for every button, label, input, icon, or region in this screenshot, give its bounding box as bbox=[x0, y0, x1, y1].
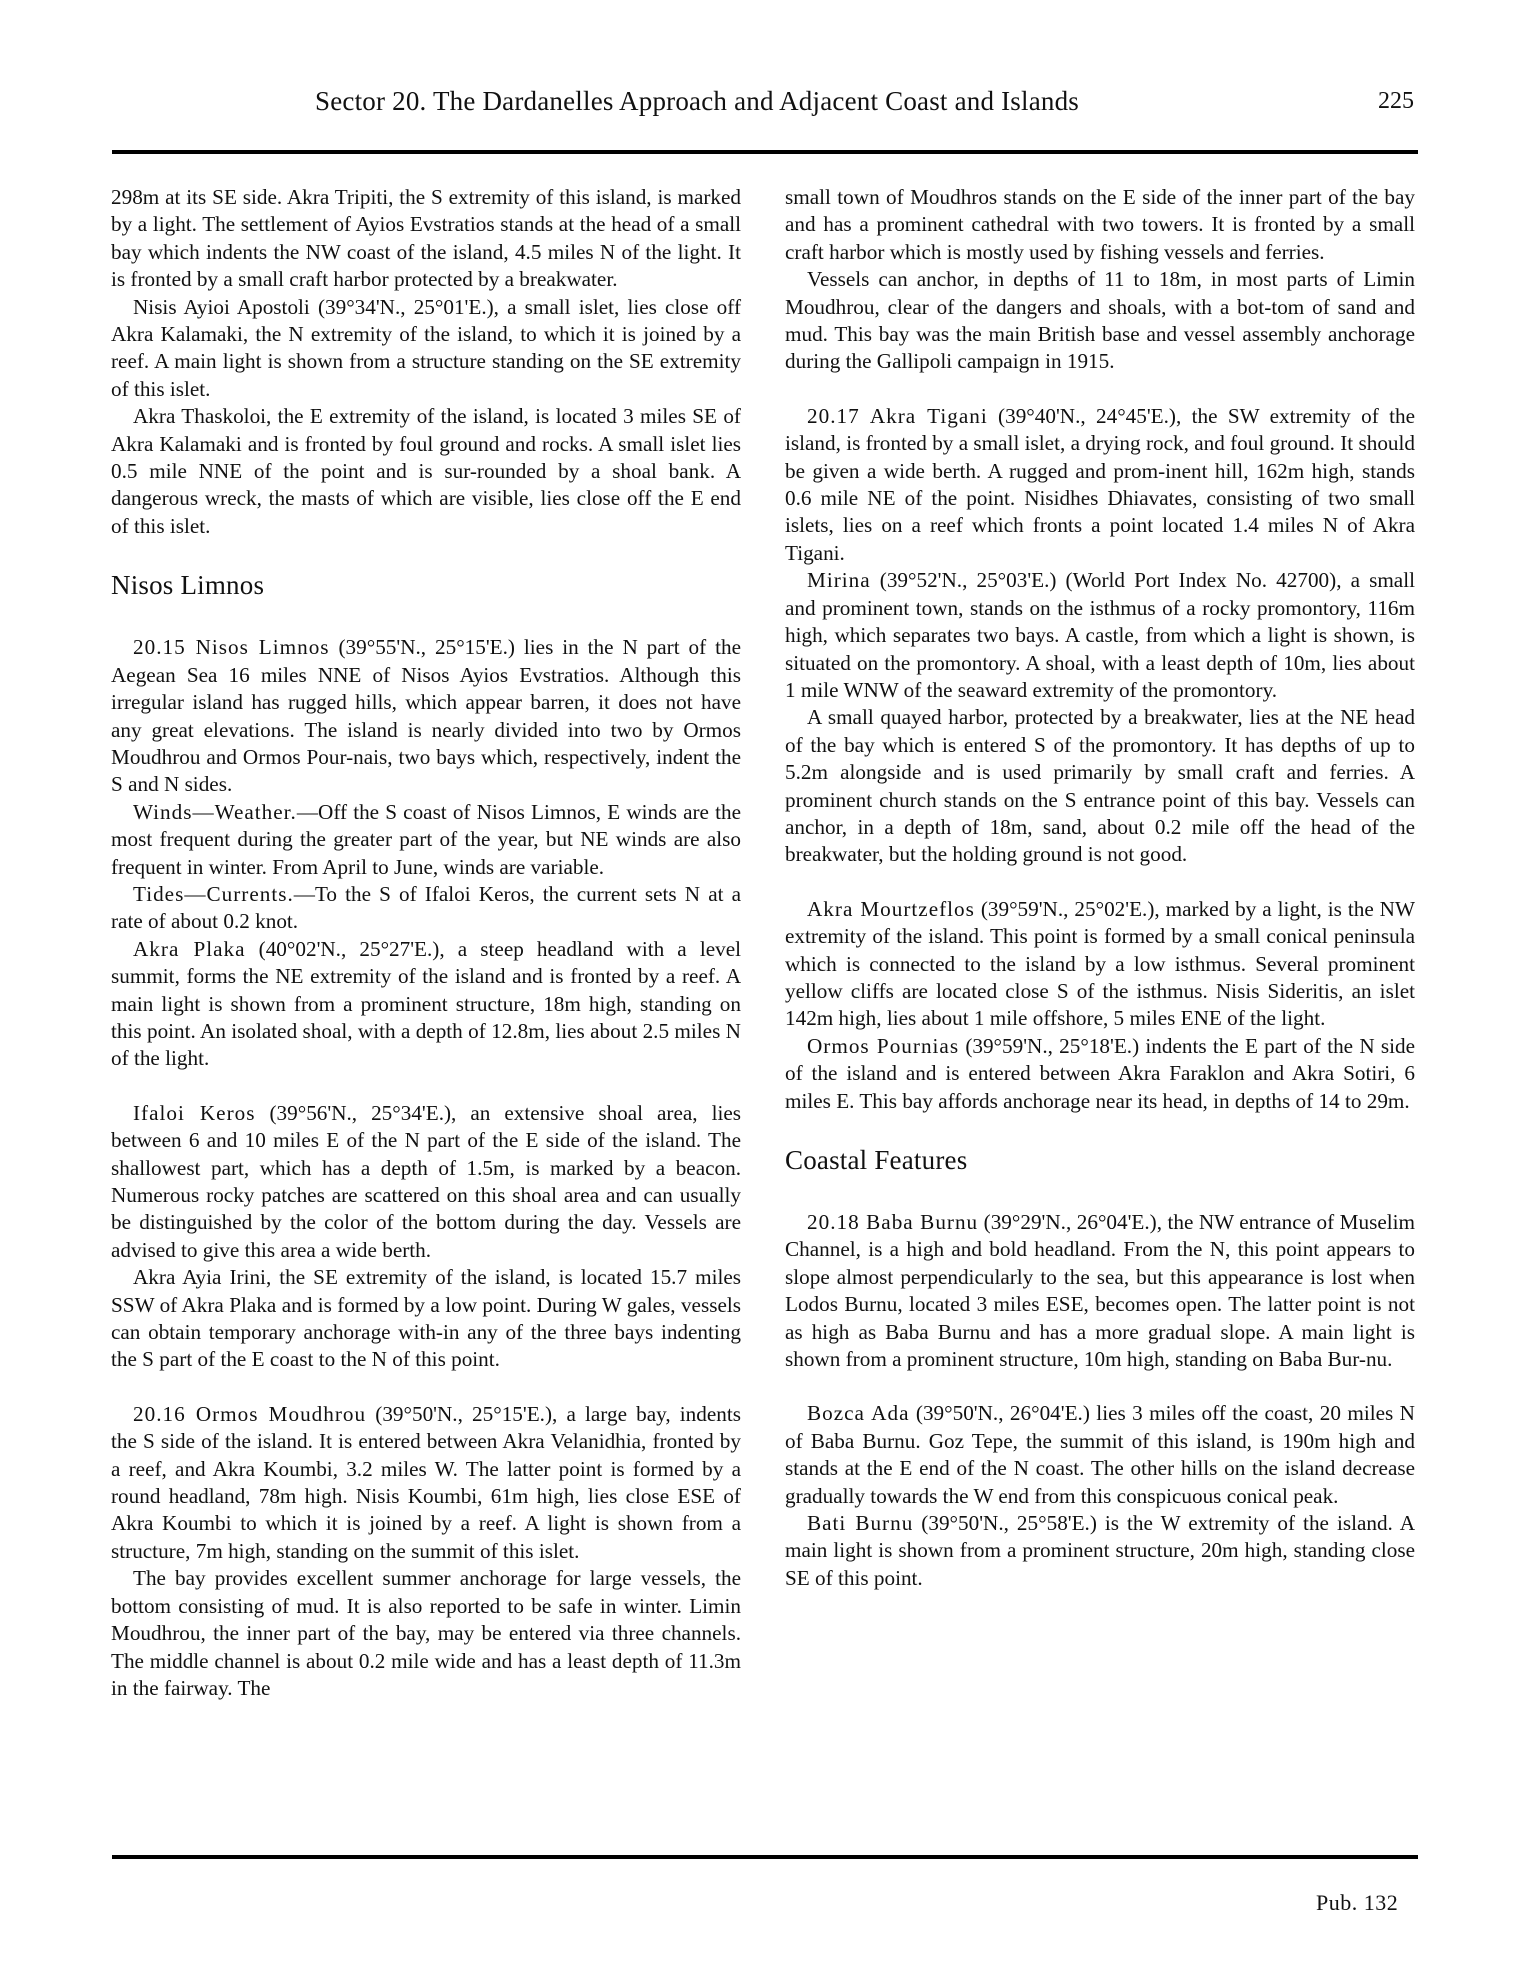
right-column: small town of Moudhros stands on the E s… bbox=[785, 184, 1415, 1592]
header-rule bbox=[112, 150, 1418, 154]
paragraph-lead: Akra Mourtzeflos bbox=[807, 897, 975, 921]
paragraph-tides-currents: Tides—Currents.—To the S of Ifaloi Keros… bbox=[111, 881, 741, 936]
paragraph-lead: Ormos Pournias bbox=[807, 1034, 959, 1058]
paragraph: A small quayed harbor, protected by a br… bbox=[785, 704, 1415, 868]
left-column: 298m at its SE side. Akra Tripiti, the S… bbox=[111, 184, 741, 1702]
paragraph-akra-mourtzeflos: Akra Mourtzeflos (39°59'N., 25°02'E.), m… bbox=[785, 896, 1415, 1033]
section-heading-nisos-limnos: Nisos Limnos bbox=[111, 570, 741, 600]
paragraph-lead: Winds—Weather. bbox=[133, 800, 297, 824]
paragraph-lead: Bozca Ada bbox=[807, 1401, 909, 1425]
paragraph-lead: Akra Plaka bbox=[133, 937, 246, 961]
paragraph-ormos-pournias: Ormos Pournias (39°59'N., 25°18'E.) inde… bbox=[785, 1033, 1415, 1115]
paragraph-ifaloi-keros: Ifaloi Keros (39°56'N., 25°34'E.), an ex… bbox=[111, 1100, 741, 1264]
section-heading-coastal-features: Coastal Features bbox=[785, 1145, 1415, 1175]
paragraph-bati-burnu: Bati Burnu (39°50'N., 25°58'E.) is the W… bbox=[785, 1510, 1415, 1592]
paragraph-lead: 20.18 Baba Burnu bbox=[807, 1210, 978, 1234]
paragraph-lead: 20.17 Akra Tigani bbox=[807, 404, 988, 428]
paragraph-20-17: 20.17 Akra Tigani (39°40'N., 24°45'E.), … bbox=[785, 403, 1415, 567]
paragraph-winds-weather: Winds—Weather.—Off the S coast of Nisos … bbox=[111, 799, 741, 881]
paragraph: Vessels can anchor, in depths of 11 to 1… bbox=[785, 266, 1415, 376]
sector-title: Sector 20. The Dardanelles Approach and … bbox=[315, 86, 1079, 116]
paragraph-20-15: 20.15 Nisos Limnos (39°55'N., 25°15'E.) … bbox=[111, 634, 741, 798]
paragraph-lead: 20.15 Nisos Limnos bbox=[133, 635, 330, 659]
page-number: 225 bbox=[1378, 88, 1414, 115]
paragraph: Akra Ayia Irini, the SE extremity of the… bbox=[111, 1264, 741, 1374]
paragraph: The bay provides excellent summer anchor… bbox=[111, 1565, 741, 1702]
footer-rule bbox=[112, 1855, 1418, 1859]
paragraph-20-18: 20.18 Baba Burnu (39°29'N., 26°04'E.), t… bbox=[785, 1209, 1415, 1373]
paragraph-lead: 20.16 Ormos Moudhrou bbox=[133, 1402, 366, 1426]
paragraph: small town of Moudhros stands on the E s… bbox=[785, 184, 1415, 266]
publication-number: Pub. 132 bbox=[1316, 1890, 1398, 1916]
paragraph-akra-plaka: Akra Plaka (40°02'N., 25°27'E.), a steep… bbox=[111, 936, 741, 1073]
paragraph-20-16: 20.16 Ormos Moudhrou (39°50'N., 25°15'E.… bbox=[111, 1401, 741, 1565]
paragraph-lead: Bati Burnu bbox=[807, 1511, 913, 1535]
running-header: Sector 20. The Dardanelles Approach and … bbox=[0, 86, 1530, 117]
paragraph: 298m at its SE side. Akra Tripiti, the S… bbox=[111, 184, 741, 294]
paragraph-lead: Mirina bbox=[807, 568, 871, 592]
paragraph-mirina: Mirina (39°52'N., 25°03'E.) (World Port … bbox=[785, 567, 1415, 704]
paragraph: Nisis Ayioi Apostoli (39°34'N., 25°01'E.… bbox=[111, 294, 741, 404]
paragraph: Akra Thaskoloi, the E extremity of the i… bbox=[111, 403, 741, 540]
paragraph-lead: Ifaloi Keros bbox=[133, 1101, 255, 1125]
paragraph-bozca-ada: Bozca Ada (39°50'N., 26°04'E.) lies 3 mi… bbox=[785, 1400, 1415, 1510]
paragraph-lead: Tides—Currents. bbox=[133, 882, 294, 906]
